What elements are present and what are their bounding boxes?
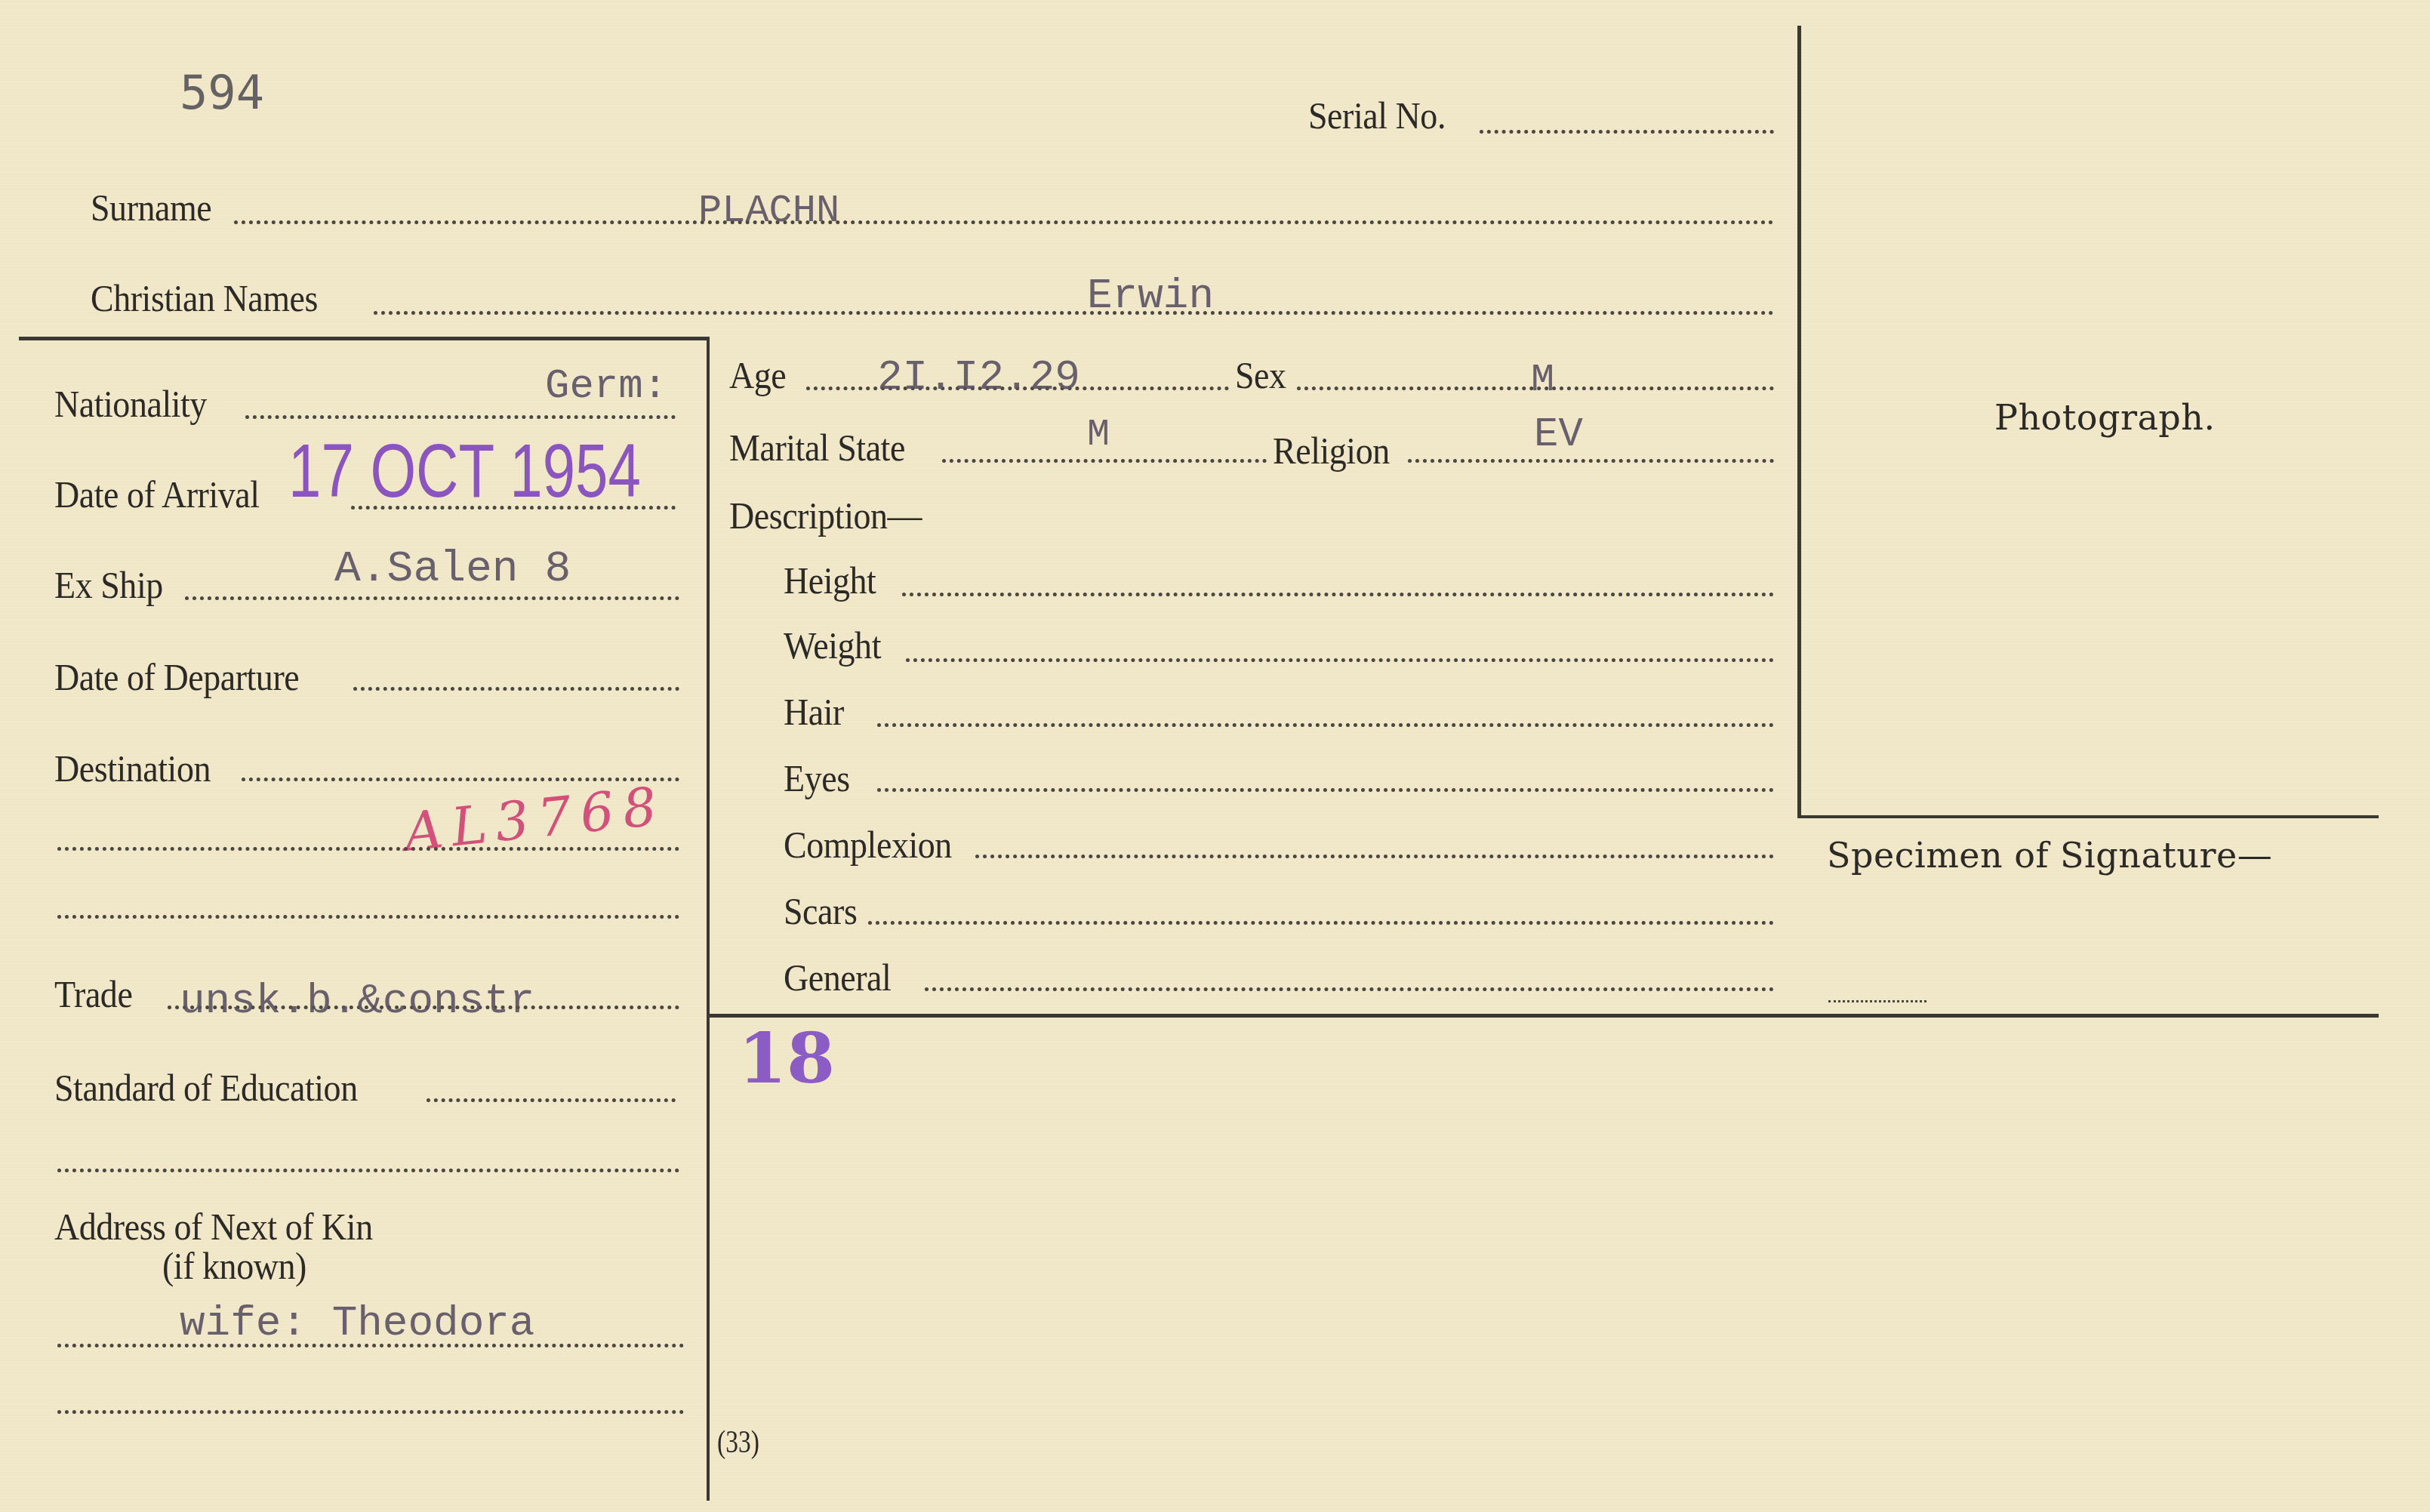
nationality-label: Nationality (54, 385, 207, 423)
description-label: Description— (729, 497, 922, 534)
weight-field[interactable] (906, 658, 1774, 662)
height-label: Height (784, 562, 876, 599)
education-line-2[interactable] (57, 1169, 679, 1172)
sex-label: Sex (1235, 356, 1286, 394)
next-of-kin-label: Address of Next of Kin (54, 1208, 373, 1246)
marital-state-field[interactable] (942, 459, 1267, 463)
left-panel-top-rule (19, 337, 710, 340)
marital-state-label: Marital State (729, 429, 905, 467)
standard-of-education-field[interactable] (427, 1098, 676, 1102)
destination-label: Destination (54, 750, 211, 787)
serial-no-label: Serial No. (1308, 97, 1446, 134)
surname-field[interactable] (234, 220, 1774, 224)
religion-label: Religion (1273, 432, 1390, 470)
surname-label: Surname (91, 189, 211, 226)
hair-field[interactable] (877, 723, 1774, 727)
religion-value: EV (1534, 415, 1583, 456)
signature-field[interactable] (1828, 1000, 1926, 1002)
complexion-label: Complexion (784, 826, 952, 864)
description-bottom-rule (710, 1014, 2379, 1018)
complexion-field[interactable] (975, 855, 1774, 858)
christian-names-value: Erwin (1087, 275, 1214, 317)
nationality-value: Germ: (545, 367, 667, 408)
religion-field[interactable] (1408, 459, 1774, 463)
next-of-kin-line-2[interactable] (57, 1410, 684, 1414)
next-of-kin-sublabel: (if known) (162, 1247, 306, 1285)
height-field[interactable] (902, 593, 1774, 596)
stamp-number: 18 (738, 1024, 835, 1093)
weight-label: Weight (784, 627, 881, 664)
left-panel-divider (707, 337, 710, 1501)
eyes-label: Eyes (784, 759, 850, 797)
nationality-field[interactable] (245, 415, 676, 419)
general-field[interactable] (925, 987, 1774, 991)
ex-ship-value: A.Salen 8 (334, 548, 571, 592)
date-of-arrival-label: Date of Arrival (54, 476, 260, 513)
christian-names-label: Christian Names (91, 279, 318, 317)
photograph-label: Photograph. (1994, 400, 2216, 435)
eyes-field[interactable] (877, 788, 1774, 792)
hair-label: Hair (784, 693, 844, 731)
christian-names-field[interactable] (374, 311, 1774, 315)
trade-value: unsk.b.&constr (180, 980, 534, 1022)
standard-of-education-label: Standard of Education (54, 1069, 358, 1107)
date-of-departure-label: Date of Departure (54, 658, 299, 696)
scars-label: Scars (784, 892, 857, 930)
ex-ship-field[interactable] (185, 596, 679, 600)
age-value: 2I.I2.29 (877, 356, 1080, 399)
sex-value: M (1531, 361, 1554, 400)
trade-label: Trade (54, 975, 132, 1013)
form-code: (33) (717, 1427, 759, 1458)
ex-ship-label: Ex Ship (54, 566, 163, 604)
date-of-departure-field[interactable] (353, 687, 679, 691)
general-label: General (784, 959, 891, 996)
scars-field[interactable] (868, 921, 1774, 925)
signature-label: Specimen of Signature— (1827, 838, 2272, 873)
destination-line-2[interactable] (57, 847, 679, 851)
surname-value: PLACHN (698, 192, 839, 231)
marital-state-value: M (1087, 417, 1110, 454)
photo-box-bottom-rule (1797, 815, 2379, 818)
card-number: 594 (180, 69, 264, 116)
next-of-kin-value: wife: Theodora (180, 1302, 534, 1344)
age-label: Age (729, 356, 786, 394)
arrival-date-stamp: 17 OCT 1954 (288, 433, 641, 509)
serial-no-field[interactable] (1480, 130, 1774, 134)
destination-line-3[interactable] (57, 915, 679, 919)
